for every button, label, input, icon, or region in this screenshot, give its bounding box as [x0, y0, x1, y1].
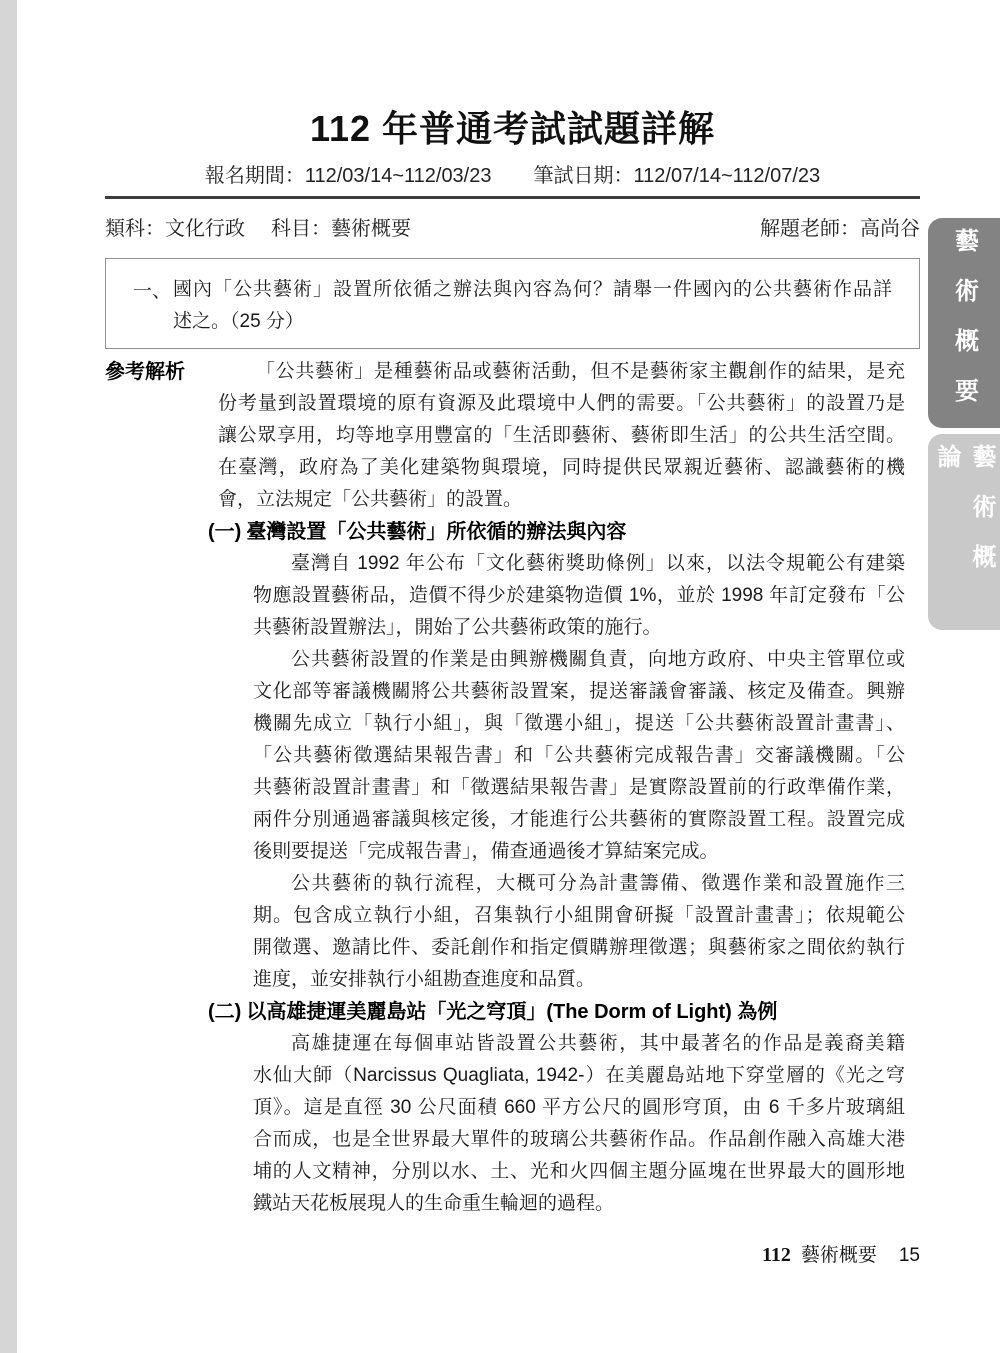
footer-subject: 藝術概要	[801, 1244, 877, 1268]
section-1-marker: (一)	[208, 516, 241, 548]
section-1-title: 臺灣設置「公共藝術」所依循的辦法與內容	[246, 516, 626, 548]
category-label: 類科：文化行政	[105, 215, 245, 243]
question-text: 國內「公共藝術」設置所依循之辦法與內容為何？請舉一件國內的公共藝術作品詳述之。（…	[173, 274, 892, 338]
footer-year: 112	[762, 1243, 791, 1267]
question-number: 一、	[133, 274, 173, 338]
section-paragraph: 高雄捷運在每個車站皆設置公共藝術，其中最著名的作品是義裔美籍水仙大師（Narci…	[253, 1028, 905, 1220]
analysis-label: 參考解析	[105, 356, 218, 516]
written-exam-date: 筆試日期：112/07/14~112/07/23	[534, 163, 821, 189]
section-paragraph: 臺灣自 1992 年公布「文化藝術獎助條例」以來，以法令規範公有建築物應設置藝術…	[253, 548, 905, 644]
question-box: 一、 國內「公共藝術」設置所依循之辦法與內容為何？請舉一件國內的公共藝術作品詳述…	[105, 258, 920, 349]
registration-period: 報名期間：112/03/14~112/03/23	[205, 163, 492, 189]
section-1-heading: (一) 臺灣設置「公共藝術」所依循的辦法與內容	[208, 516, 920, 548]
analysis-section: 參考解析 「公共藝術」是種藝術品或藝術活動，但不是藝術家主觀創作的結果，是充份考…	[105, 356, 920, 516]
footer-page-number: 15	[899, 1244, 920, 1268]
page-content: 112 年普通考試試題詳解 報名期間：112/03/14~112/03/23 筆…	[105, 0, 920, 1220]
teacher-label: 解題老師：高尚谷	[760, 215, 920, 243]
page-footer: 112 藝術概要 15	[762, 1243, 920, 1268]
header-divider	[105, 196, 920, 199]
subject-label: 科目：藝術概要	[271, 215, 411, 243]
section-2-title: 以高雄捷運美麗島站「光之穹頂」(The Dorm of Light) 為例	[246, 996, 777, 1028]
section-2-heading: (二) 以高雄捷運美麗島站「光之穹頂」(The Dorm of Light) 為…	[208, 996, 920, 1028]
exam-info-left: 類科：文化行政 科目：藝術概要	[105, 215, 411, 243]
section-paragraph: 公共藝術設置的作業是由興辦機關負責，向地方政府、中央主管單位或文化部等審議機關將…	[253, 644, 905, 868]
analysis-intro-paragraph: 「公共藝術」是種藝術品或藝術活動，但不是藝術家主觀創作的結果，是充份考量到設置環…	[218, 356, 905, 516]
page-title: 112 年普通考試試題詳解	[105, 108, 920, 150]
section-paragraph: 公共藝術的執行流程，大概可分為計畫籌備、徵選作業和設置施作三期。包含成立執行小組…	[253, 868, 905, 996]
section-2-marker: (二)	[208, 996, 241, 1028]
exam-info-row: 類科：文化行政 科目：藝術概要 解題老師：高尚谷	[105, 215, 920, 243]
tab-art-summary[interactable]: 藝術概要	[928, 218, 1000, 428]
exam-dates-row: 報名期間：112/03/14~112/03/23 筆試日期：112/07/14~…	[105, 163, 920, 189]
tab-art-theory[interactable]: 藝術概論	[928, 434, 1000, 630]
left-margin-bar	[0, 0, 17, 1353]
